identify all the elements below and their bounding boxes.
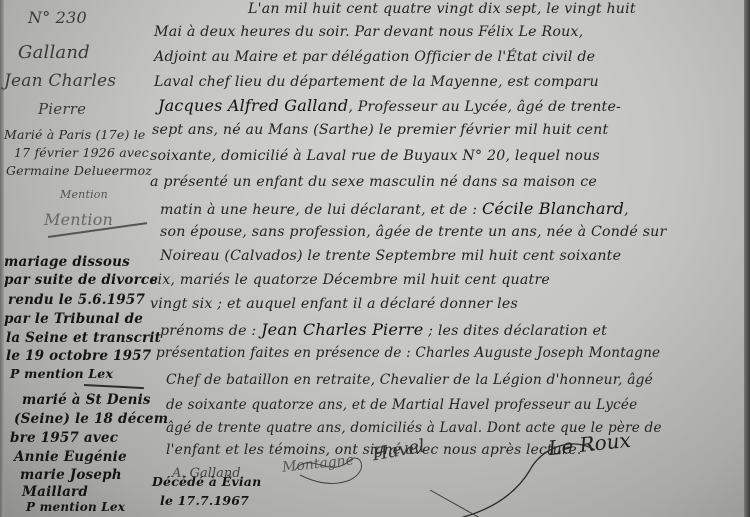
annotation-mention-2: Mention [44,210,113,229]
record-number: N° 230 [28,8,87,27]
body-line-12: six, mariés le quatorze Décembre mil hui… [150,272,550,288]
annotation-marriage2-line5: marie Joseph [20,467,122,483]
body-line-5: Jacques Alfred Galland, Professeur au Ly… [158,96,621,115]
child-name-prefix: prénoms de : [160,323,261,339]
annotation-divorce-line1: mariage dissous [4,254,130,270]
declaration-suffix: ; les dites déclaration et [423,323,607,339]
annotation-divorce-line2: par suite de divorce [4,272,158,288]
body-line-8: a présenté un enfant du sexe masculin né… [150,174,597,190]
annotation-divorce-line6: le 19 octobre 1957 [6,348,151,364]
annotation-marriage2-line2: (Seine) le 18 décem [14,411,168,427]
body-line-11: Noireau (Calvados) le trente Septembre m… [160,248,621,264]
annotation-death-line1: Décédé à Évian [152,474,261,489]
annotation-divorce-line3: rendu le 5.6.1957 [8,292,145,308]
witness-signature-flourish [290,440,380,490]
body-line-10: son épouse, sans profession, âgée de tre… [160,224,667,240]
body-line-1: L'an mil huit cent quatre vingt dix sept… [248,1,636,17]
child-name: Jean Charles Pierre [261,320,423,339]
body-line-6: sept ans, né au Mans (Sarthe) le premier… [152,122,608,138]
registry-page-photo: N° 230 Galland Jean Charles Pierre Marié… [0,0,750,517]
annotation-marriage2-line7: P mention Lex [26,500,125,514]
body-line-16: Chef de bataillon en retraite, Chevalier… [166,372,653,388]
annotation-mention-1: Mention [60,188,108,201]
annotation-marriage1-line1: Marié à Paris (17e) le [4,127,146,142]
body-line-15: présentation faites en présence de : Cha… [156,345,660,361]
father-name: Jacques Alfred Galland [158,96,348,115]
divorce-flourish [84,384,144,389]
body-line-2: Mai à deux heures du soir. Par devant no… [154,24,583,40]
officer-signature-flourish [420,430,600,517]
body-line-4: Laval chef lieu du département de la May… [154,74,599,90]
annotation-marriage2-line6: Maillard [22,484,88,500]
body-line-7: soixante, domicilié à Laval rue de Buyau… [150,148,600,164]
annotation-death-line2: le 17.7.1967 [160,493,249,508]
margin-given-names-1: Jean Charles [4,71,116,91]
annotation-divorce-line5: la Seine et transcrit [6,330,161,346]
annotation-divorce-line7: P mention Lex [10,366,113,381]
annotation-marriage2-line4: Annie Eugénie [14,449,127,465]
annotation-marriage2-line3: bre 1957 avec [10,430,118,446]
annotation-marriage1-line3: Germaine Delueermoz [6,163,152,178]
body-line-3: Adjoint au Maire et par délégation Offic… [154,49,595,65]
father-occupation: , Professeur au Lycée, âgé de trente- [348,99,621,115]
mother-name: Cécile Blanchard [482,199,624,218]
declaration-text: matin à une heure, de lui déclarant, et … [160,202,482,218]
body-line-9: matin à une heure, de lui déclarant, et … [160,199,629,218]
body-line-17: de soixante quatorze ans, et de Martial … [166,397,637,413]
margin-surname: Galland [18,42,90,63]
body-line-13: vingt six ; et auquel enfant il a déclar… [150,296,518,312]
margin-given-names-2: Pierre [38,100,86,118]
annotation-marriage2-line1: marié à St Denis [22,392,151,408]
annotation-divorce-line4: par le Tribunal de [4,311,143,327]
annotation-marriage1-line2: 17 février 1926 avec [14,145,149,160]
body-line-14: prénoms de : Jean Charles Pierre ; les d… [160,320,607,339]
page-right-edge [744,0,750,517]
